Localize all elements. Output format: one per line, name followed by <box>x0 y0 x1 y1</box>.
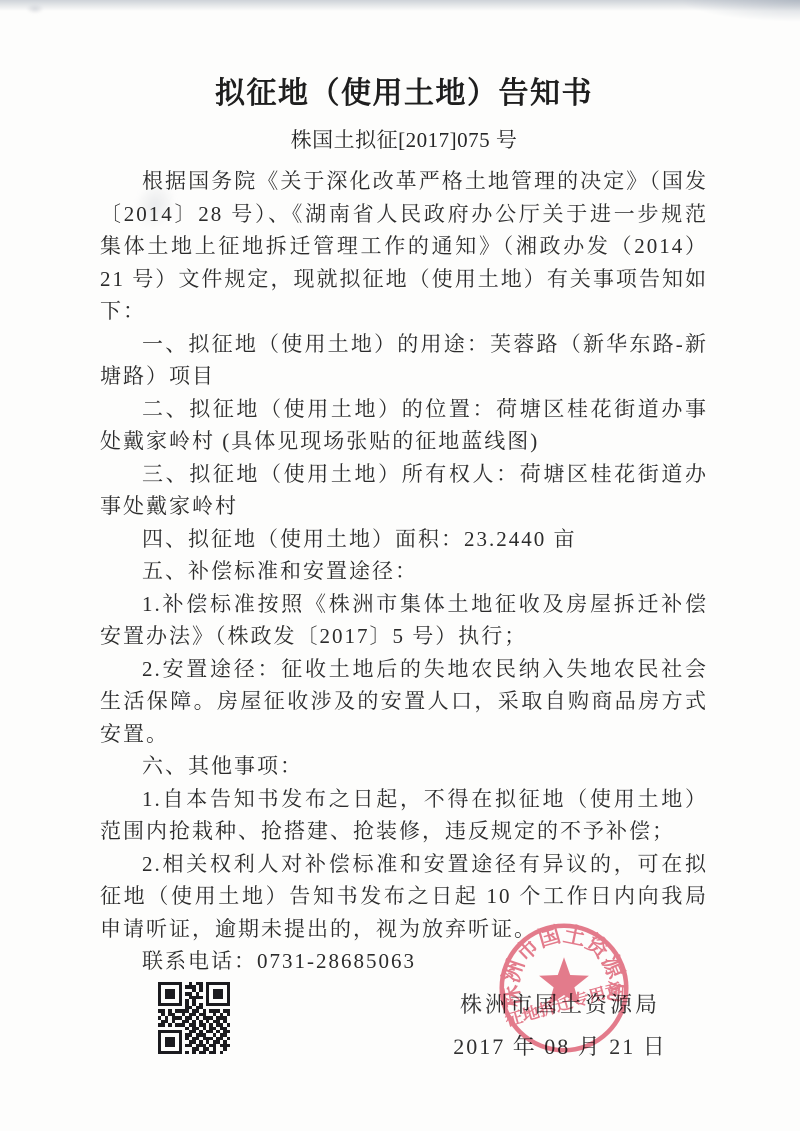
signature-block: 株洲市国土资源局 2017 年 08 月 21 日 <box>420 988 700 1061</box>
document-title: 拟征地（使用土地）告知书 <box>100 68 708 112</box>
qr-code-icon <box>158 982 230 1054</box>
paragraph-item-4-area: 四、拟征地（使用土地）面积：23.2440 亩 <box>100 523 708 556</box>
document-body: 拟征地（使用土地）告知书 株国土拟征[2017]075 号 根据国务院《关于深化… <box>100 68 708 978</box>
scan-edge-artifact <box>0 0 800 11</box>
paragraph-intro: 根据国务院《关于深化改革严格土地管理的决定》（国发〔2014〕28 号）、《湖南… <box>100 165 708 328</box>
issue-date: 2017 年 08 月 21 日 <box>420 1030 700 1061</box>
paragraph-item-1-purpose: 一、拟征地（使用土地）的用途：芙蓉路（新华东路-新塘路）项目 <box>100 328 708 393</box>
contact-phone-line: 联系电话：0731-28685063 <box>100 945 708 978</box>
paragraph-other-1: 1.自本告知书发布之日起，不得在拟征地（使用土地）范围内抢栽种、抢搭建、抢装修，… <box>100 783 708 848</box>
issuer-name: 株洲市国土资源局 <box>420 988 700 1019</box>
paragraph-item-2-location: 二、拟征地（使用土地）的位置：荷塘区桂花街道办事处戴家岭村 (具体见现场张贴的征… <box>100 393 708 458</box>
scan-dot-artifact <box>26 4 44 14</box>
paragraph-item-5-compensation: 五、补偿标准和安置途径： <box>100 555 708 588</box>
paragraph-resettlement: 2.安置途径：征收土地后的失地农民纳入失地农民社会生活保障。房屋征收涉及的安置人… <box>100 653 708 751</box>
qr-module <box>227 1051 230 1054</box>
scan-corner-artifact <box>680 0 800 22</box>
paragraph-compensation-standard: 1.补偿标准按照《株洲市集体土地征收及房屋拆迁补偿安置办法》（株政发〔2017〕… <box>100 588 708 653</box>
paragraph-item-6-other: 六、其他事项： <box>100 750 708 783</box>
document-number: 株国土拟征[2017]075 号 <box>100 124 708 154</box>
scanned-document-page: 拟征地（使用土地）告知书 株国土拟征[2017]075 号 根据国务院《关于深化… <box>0 0 800 1131</box>
paragraph-item-3-owner: 三、拟征地（使用土地）所有权人：荷塘区桂花街道办事处戴家岭村 <box>100 458 708 523</box>
paragraph-other-2-hearing: 2.相关权利人对补偿标准和安置途径有异议的，可在拟征地（使用土地）告知书发布之日… <box>100 848 708 946</box>
